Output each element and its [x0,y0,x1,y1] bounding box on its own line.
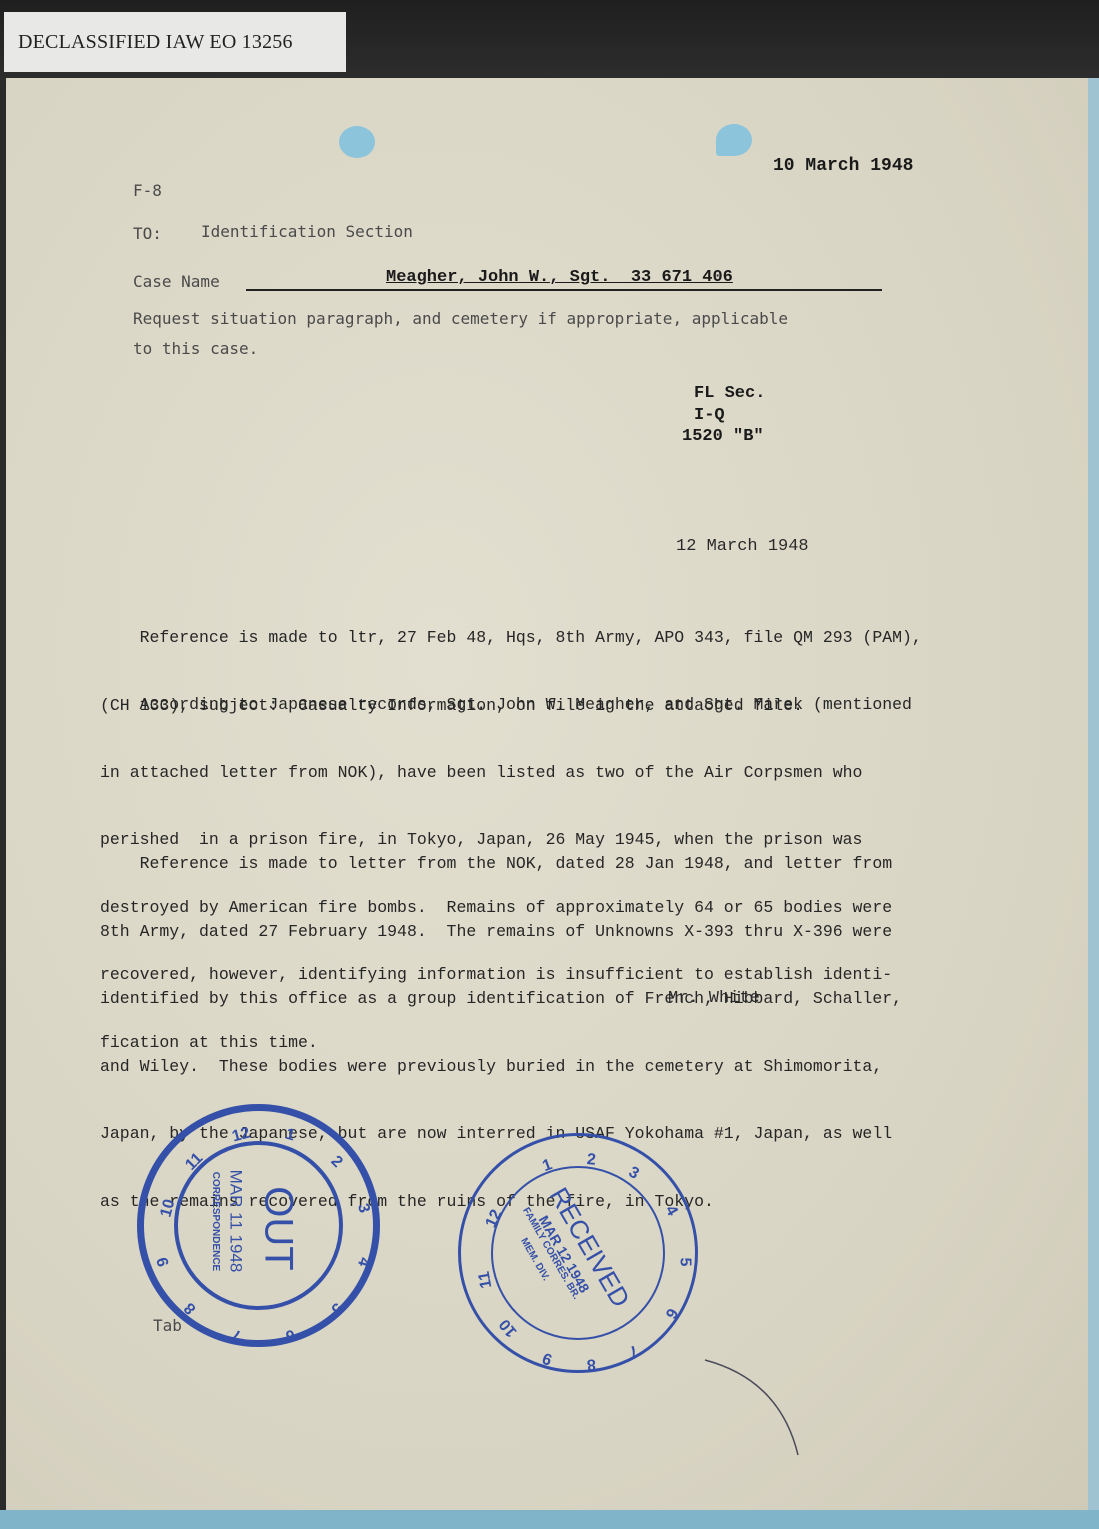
form-number: F-8 [133,181,162,200]
memo-date: 10 March 1948 [773,156,913,176]
out-ring-number: 6 [283,1324,296,1344]
out-stamp-dept: CORRESPONDENCE [210,1172,221,1271]
scan-right-edge [1088,78,1099,1510]
paragraph-3-line: and Wiley. These bodies were previously … [100,1056,902,1079]
case-name-label: Case Name [133,272,220,291]
paragraph-3-line: Reference is made to letter from the NOK… [100,853,902,876]
out-ring-number: 8 [181,1298,200,1317]
out-ring-number: 12 [230,1124,252,1146]
received-ring-number: 11 [476,1270,497,1290]
out-stamp-date: MAR 11 1948 [225,1170,245,1273]
out-stamp: OUT MAR 11 1948 CORRESPONDENCE 10 11 12 … [137,1104,380,1347]
received-ring-number: 6 [661,1305,681,1322]
paragraph-2-line: in attached letter from NOK), have been … [100,762,912,785]
paragraph-3-line: identified by this office as a group ide… [100,988,902,1011]
pencil-mark [700,1350,810,1460]
routing-line-3: 1520 "B" [682,427,764,446]
out-stamp-label: OUT [256,1186,301,1270]
punch-hole-right [716,124,752,156]
reply-date: 12 March 1948 [676,537,809,556]
out-ring-number: 9 [154,1255,174,1268]
routing-line-2: I-Q [694,406,725,425]
received-stamp: RECEIVED MAR 12 1948 FAMILY CORRES. BR. … [458,1133,698,1373]
to-label: TO: [133,224,162,243]
out-ring-number: 1 [283,1125,296,1145]
received-ring-number: 7 [625,1340,642,1360]
to-value: Identification Section [201,222,413,241]
paragraph-2-line: According to Japanese records, Sgt. John… [100,694,912,717]
request-line-2: to this case. [133,339,258,358]
declassification-label: DECLASSIFIED IAW EO 13256 [4,12,346,72]
paragraph-1-line: Reference is made to ltr, 27 Feb 48, Hqs… [100,627,922,650]
received-ring-number: 10 [496,1315,521,1340]
paragraph-3-line: 8th Army, dated 27 February 1948. The re… [100,921,902,944]
received-ring-number: 4 [661,1203,681,1220]
signature: Mr. White [668,989,760,1008]
received-ring-number: 8 [586,1354,596,1373]
out-ring-number: 2 [326,1152,345,1171]
punch-hole-left [339,126,375,158]
out-ring-number: 10 [157,1197,179,1219]
out-ring-number: 7 [230,1324,243,1344]
request-line-1: Request situation paragraph, and cemeter… [133,309,788,328]
tab-label: Tab [153,1316,182,1335]
case-name-value: Meagher, John W., Sgt. 33 671 406 [386,268,733,287]
received-ring-number: 5 [675,1258,693,1267]
routing-line-1: FL Sec. [694,384,765,403]
case-name-underline [246,289,882,291]
received-ring-number: 9 [540,1348,555,1368]
out-ring-number: 5 [326,1298,345,1317]
received-ring-number: 2 [586,1151,596,1170]
scan-bottom-band [0,1510,1099,1529]
received-ring-number: 3 [625,1164,642,1184]
out-ring-number: 4 [353,1255,373,1268]
out-ring-number: 3 [353,1201,373,1214]
